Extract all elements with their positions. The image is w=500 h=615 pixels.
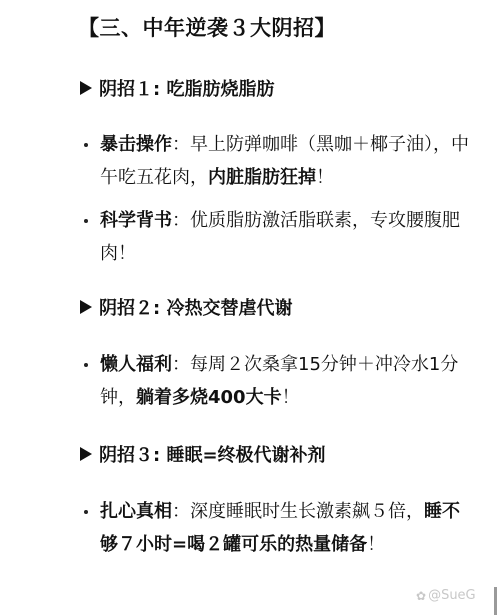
bullet-dot-icon (84, 363, 88, 367)
section-heading-2: 阴招２: 冷热交替虐代谢 (80, 294, 292, 320)
bullet-sep: ： (172, 210, 190, 231)
bullet-dot-icon (84, 219, 88, 223)
bullet-tail: ！ (367, 534, 385, 555)
bullet-emphasis: 内脏脂肪狂掉 (208, 167, 316, 188)
section-heading-1: 阴招１: 吃脂肪烧脂肪 (80, 75, 274, 101)
bullet-label: 科学背书 (100, 210, 172, 231)
bullet-text: 扎心真相：深度睡眠时生长激素飙５倍，睡不够７小时=喝２罐可乐的热量储备！ (100, 495, 469, 561)
section-heading-3: 阴招３: 睡眠=终极代谢补剂 (80, 441, 326, 467)
scrollbar-edge (494, 587, 497, 615)
bullet-tail: ！ (282, 387, 300, 408)
section-heading-text: 阴招２: 冷热交替虐代谢 (99, 294, 292, 320)
bullet-item: 懒人福利：每周２次桑拿15分钟＋冲冷水1分钟，躺着多烧400大卡！ (84, 348, 469, 414)
bullet-dot-icon (84, 143, 88, 147)
bullet-sep: ： (172, 354, 190, 375)
bullet-tail: ！ (316, 167, 334, 188)
play-triangle-icon (80, 447, 92, 461)
bullet-item: 扎心真相：深度睡眠时生长激素飙５倍，睡不够７小时=喝２罐可乐的热量储备！ (84, 495, 469, 561)
bullet-body: 深度睡眠时生长激素飙５倍， (190, 501, 424, 522)
bullet-text: 懒人福利：每周２次桑拿15分钟＋冲冷水1分钟，躺着多烧400大卡！ (100, 348, 469, 414)
bullet-text: 暴击操作：早上防弹咖啡（黑咖＋椰子油），中午吃五花肉，内脏脂肪狂掉！ (100, 128, 469, 194)
bullet-sep: ： (172, 134, 190, 155)
xiaohongshu-logo-icon: ✿ (416, 589, 426, 603)
bullet-item: 暴击操作：早上防弹咖啡（黑咖＋椰子油），中午吃五花肉，内脏脂肪狂掉！ (84, 128, 469, 194)
page-title: 【三、中年逆袭３大阴招】 (78, 12, 336, 42)
watermark-text: @SueG (428, 588, 476, 603)
bullet-sep: ： (172, 501, 190, 522)
section-heading-text: 阴招１: 吃脂肪烧脂肪 (99, 75, 274, 101)
bullet-tail: ！ (118, 243, 136, 264)
bullet-label: 扎心真相 (100, 501, 172, 522)
bullet-emphasis: 躺着多烧400大卡 (136, 387, 282, 408)
watermark: ✿ @SueG (416, 588, 476, 603)
bullet-label: 懒人福利 (100, 354, 172, 375)
article-page: 【三、中年逆袭３大阴招】 阴招１: 吃脂肪烧脂肪 暴击操作：早上防弹咖啡（黑咖＋… (0, 0, 500, 615)
section-heading-text: 阴招３: 睡眠=终极代谢补剂 (99, 441, 326, 467)
play-triangle-icon (80, 300, 92, 314)
bullet-dot-icon (84, 510, 88, 514)
play-triangle-icon (80, 81, 92, 95)
bullet-label: 暴击操作 (100, 134, 172, 155)
bullet-text: 科学背书：优质脂肪激活脂联素，专攻腰腹肥肉！ (100, 204, 469, 270)
bullet-item: 科学背书：优质脂肪激活脂联素，专攻腰腹肥肉！ (84, 204, 469, 270)
